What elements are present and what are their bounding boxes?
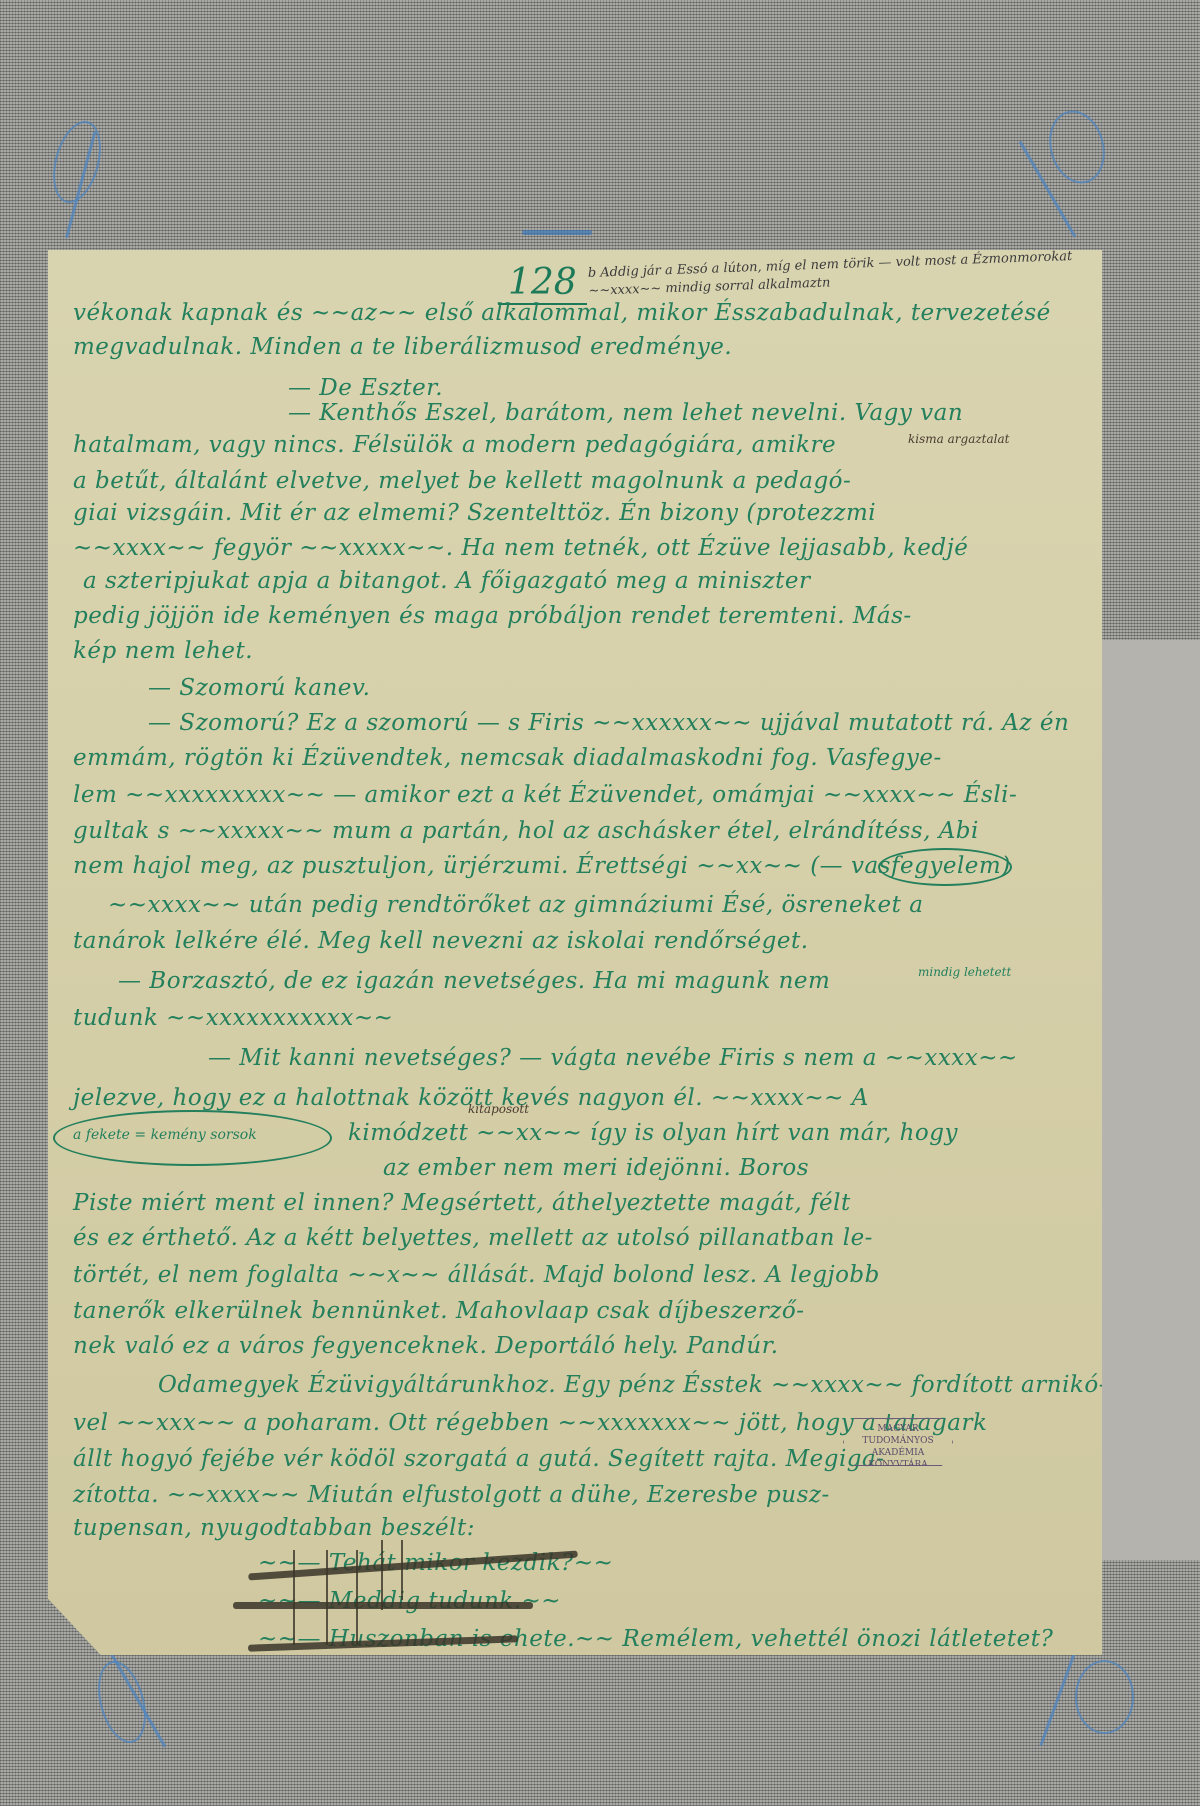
text-line: — Nem. bbox=[258, 1670, 354, 1696]
text-line: hatalmam, vagy nincs. Félsülök a modern … bbox=[73, 432, 836, 458]
text-line: a szteripjukat apja a bitangot. A főigaz… bbox=[83, 568, 811, 594]
text-line: állt hogyó fejébe vér ködöl szorgatá a g… bbox=[73, 1446, 885, 1472]
text-line: Piste miért ment el innen? Megsértett, á… bbox=[73, 1190, 851, 1216]
interlinear-note: kitaposott bbox=[468, 1102, 529, 1116]
text-line: megvadulnak. Minden a te liberálizmusod … bbox=[73, 334, 732, 360]
text-line: ~~xxxx~~ után pedig rendtörőket az gimná… bbox=[108, 892, 923, 918]
text-line: gultak s ~~xxxxx~~ mum a partán, hol az … bbox=[73, 818, 979, 844]
interlinear-note: kisma argaztalat bbox=[908, 432, 1009, 446]
text-line: tudunk ~~xxxxxxxxxxx~~ bbox=[73, 1005, 393, 1031]
text-line: tanárok lelkére élé. Meg kell nevezni az… bbox=[73, 928, 809, 954]
text-line: — Szomorú? Ez a szomorú — s Firis ~~xxxx… bbox=[148, 710, 1069, 736]
pencil-loop-top-right bbox=[1041, 104, 1112, 189]
text-line: pedig jöjjön ide keményen és maga próbál… bbox=[73, 603, 912, 629]
text-line: emmám, rögtön ki Ézüvendtek, nemcsak dia… bbox=[73, 745, 942, 771]
text-line: — Mit kanni nevetséges? — vágta nevébe F… bbox=[208, 1045, 1018, 1071]
margin-note-top: b Addig jár a Essó a lúton, míg el nem t… bbox=[588, 247, 1099, 301]
text-line: vékonak kapnak és ~~az~~ első alkalommal… bbox=[73, 300, 1051, 326]
text-line: törtét, el nem foglalta ~~x~~ állását. M… bbox=[73, 1262, 880, 1288]
circled-note-oval bbox=[878, 848, 1012, 886]
text-line: lem ~~xxxxxxxxx~~ — amikor ezt a két Ézü… bbox=[73, 782, 1017, 808]
strike-vertical bbox=[401, 1540, 403, 1600]
backing-sheet-strip bbox=[1100, 640, 1200, 1560]
strike-bar bbox=[233, 1602, 533, 1609]
strike-vertical bbox=[381, 1540, 383, 1610]
strike-vertical bbox=[326, 1550, 328, 1645]
text-line: giai vizsgáin. Mit ér az elmemi? Szentel… bbox=[73, 500, 876, 526]
text-line: tanerők elkerülnek bennünket. Mahovlaap … bbox=[73, 1298, 805, 1324]
text-line: — Kenthős Eszel, barátom, nem lehet neve… bbox=[288, 400, 963, 426]
page-number: 128 bbox=[498, 262, 587, 305]
pencil-loop-bottom-right bbox=[1075, 1660, 1134, 1734]
text-line: az ember nem meri idejönni. Boros bbox=[383, 1155, 809, 1181]
pencil-stroke-bottom-right bbox=[1039, 1651, 1076, 1746]
circled-note: a fekete = kemény sorsok bbox=[73, 1127, 257, 1143]
text-line: — Borzasztó, de ez igazán nevetséges. Ha… bbox=[118, 968, 830, 994]
text-line: és ez érthető. Az a kétt belyettes, mell… bbox=[73, 1225, 873, 1251]
text-line: ~~— Huszonban is ehete.~~ Remélem, vehet… bbox=[258, 1626, 1053, 1652]
text-line: ~~xxxx~~ fegyör ~~xxxxx~~. Ha nem tetnék… bbox=[73, 535, 968, 561]
text-line: zította. ~~xxxx~~ Miután elfustolgott a … bbox=[73, 1482, 830, 1508]
text-line: kimódzett ~~xx~~ így is olyan hírt van m… bbox=[348, 1120, 958, 1146]
stamp-line-1: MAGYAR bbox=[844, 1423, 952, 1435]
text-line: a betűt, általánt elvetve, melyet be kel… bbox=[73, 468, 851, 494]
strike-vertical bbox=[293, 1550, 295, 1645]
text-line: nek való ez a város fegyenceknek. Deport… bbox=[73, 1333, 779, 1359]
struck-line: ~~— Meddig tudunk.~~ bbox=[258, 1588, 561, 1614]
manuscript-page: 128 b Addig jár a Essó a lúton, míg el n… bbox=[48, 250, 1102, 1655]
text-line: Odamegyek Ézüvigyáltárunkhoz. Egy pénz É… bbox=[158, 1372, 1107, 1398]
strike-vertical bbox=[356, 1550, 358, 1645]
pencil-mark-top bbox=[522, 230, 592, 235]
text-line: — De Eszter. bbox=[288, 375, 443, 401]
text-line: tupensan, nyugodtabban beszélt: bbox=[73, 1515, 475, 1541]
interlinear-note: mindig lehetett bbox=[918, 965, 1011, 979]
text-line: nem hajol meg, az pusztuljon, ürjérzumi.… bbox=[73, 853, 1011, 879]
text-line: kép nem lehet. bbox=[73, 638, 253, 664]
text-line: — Szomorú kanev. bbox=[148, 675, 370, 701]
library-stamp: MAGYAR TUDOMÁNYOS AKADÉMIA KÖNYVTÁRA bbox=[843, 1418, 953, 1466]
stamp-line-2: TUDOMÁNYOS AKADÉMIA bbox=[844, 1435, 952, 1459]
